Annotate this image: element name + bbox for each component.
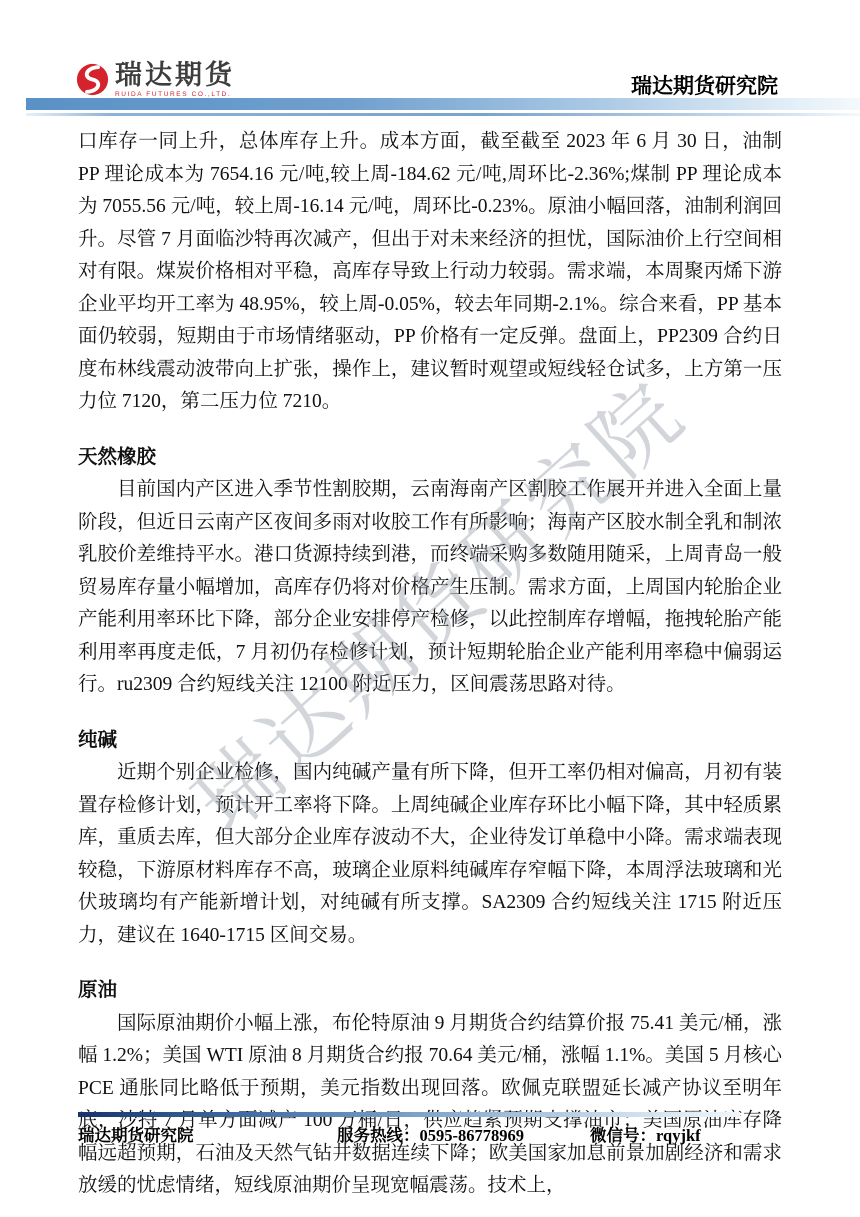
footer-wechat-label: 微信号： [590,1126,656,1145]
footer-wechat-id: rqyjkf [656,1126,701,1145]
header-divider-line [26,113,860,116]
section-heading-soda-ash: 纯碱 [78,725,782,758]
brand-subtitle: RUIDA FUTURES CO.,LTD. [115,91,235,98]
footer-hotline-number: 0595-86778969 [420,1126,525,1145]
page-title: 瑞达期货研究院 [631,70,778,100]
brand-name: 瑞达期货 [115,62,235,88]
paragraph-crude-oil: 国际原油期价小幅上涨，布伦特原油 9 月期货合约结算价报 75.41 美元/桶，… [78,1008,782,1203]
section-heading-crude-oil: 原油 [78,975,782,1008]
paragraph-soda-ash: 近期个别企业检修，国内纯碱产量有所下降，但开工率仍相对偏高，月初有装置存检修计划… [78,757,782,952]
section-heading-rubber: 天然橡胶 [78,442,782,475]
footer-hotline: 服务热线：0595-86778969 [337,1122,524,1146]
paragraph-rubber: 目前国内产区进入季节性割胶期，云南海南产区割胶工作展开并进入全面上量阶段，但近日… [78,474,782,702]
footer-hotline-label: 服务热线： [337,1126,420,1145]
footer-divider-bar [78,1112,740,1117]
footer-wechat: 微信号：rqyjkf [590,1122,701,1146]
logo-text: 瑞达期货 RUIDA FUTURES CO.,LTD. [115,62,235,98]
footer: 瑞达期货研究院 服务热线：0595-86778969 微信号：rqyjkf [78,1122,782,1148]
ruida-logo-icon [76,63,109,96]
ruida-logo: 瑞达期货 RUIDA FUTURES CO.,LTD. [76,62,235,98]
paragraph-pp: 口库存一同上升，总体库存上升。成本方面，截至截至 2023 年 6 月 30 日… [78,126,782,419]
footer-institute: 瑞达期货研究院 [78,1122,194,1146]
report-body: 口库存一同上升，总体库存上升。成本方面，截至截至 2023 年 6 月 30 日… [78,126,782,1203]
